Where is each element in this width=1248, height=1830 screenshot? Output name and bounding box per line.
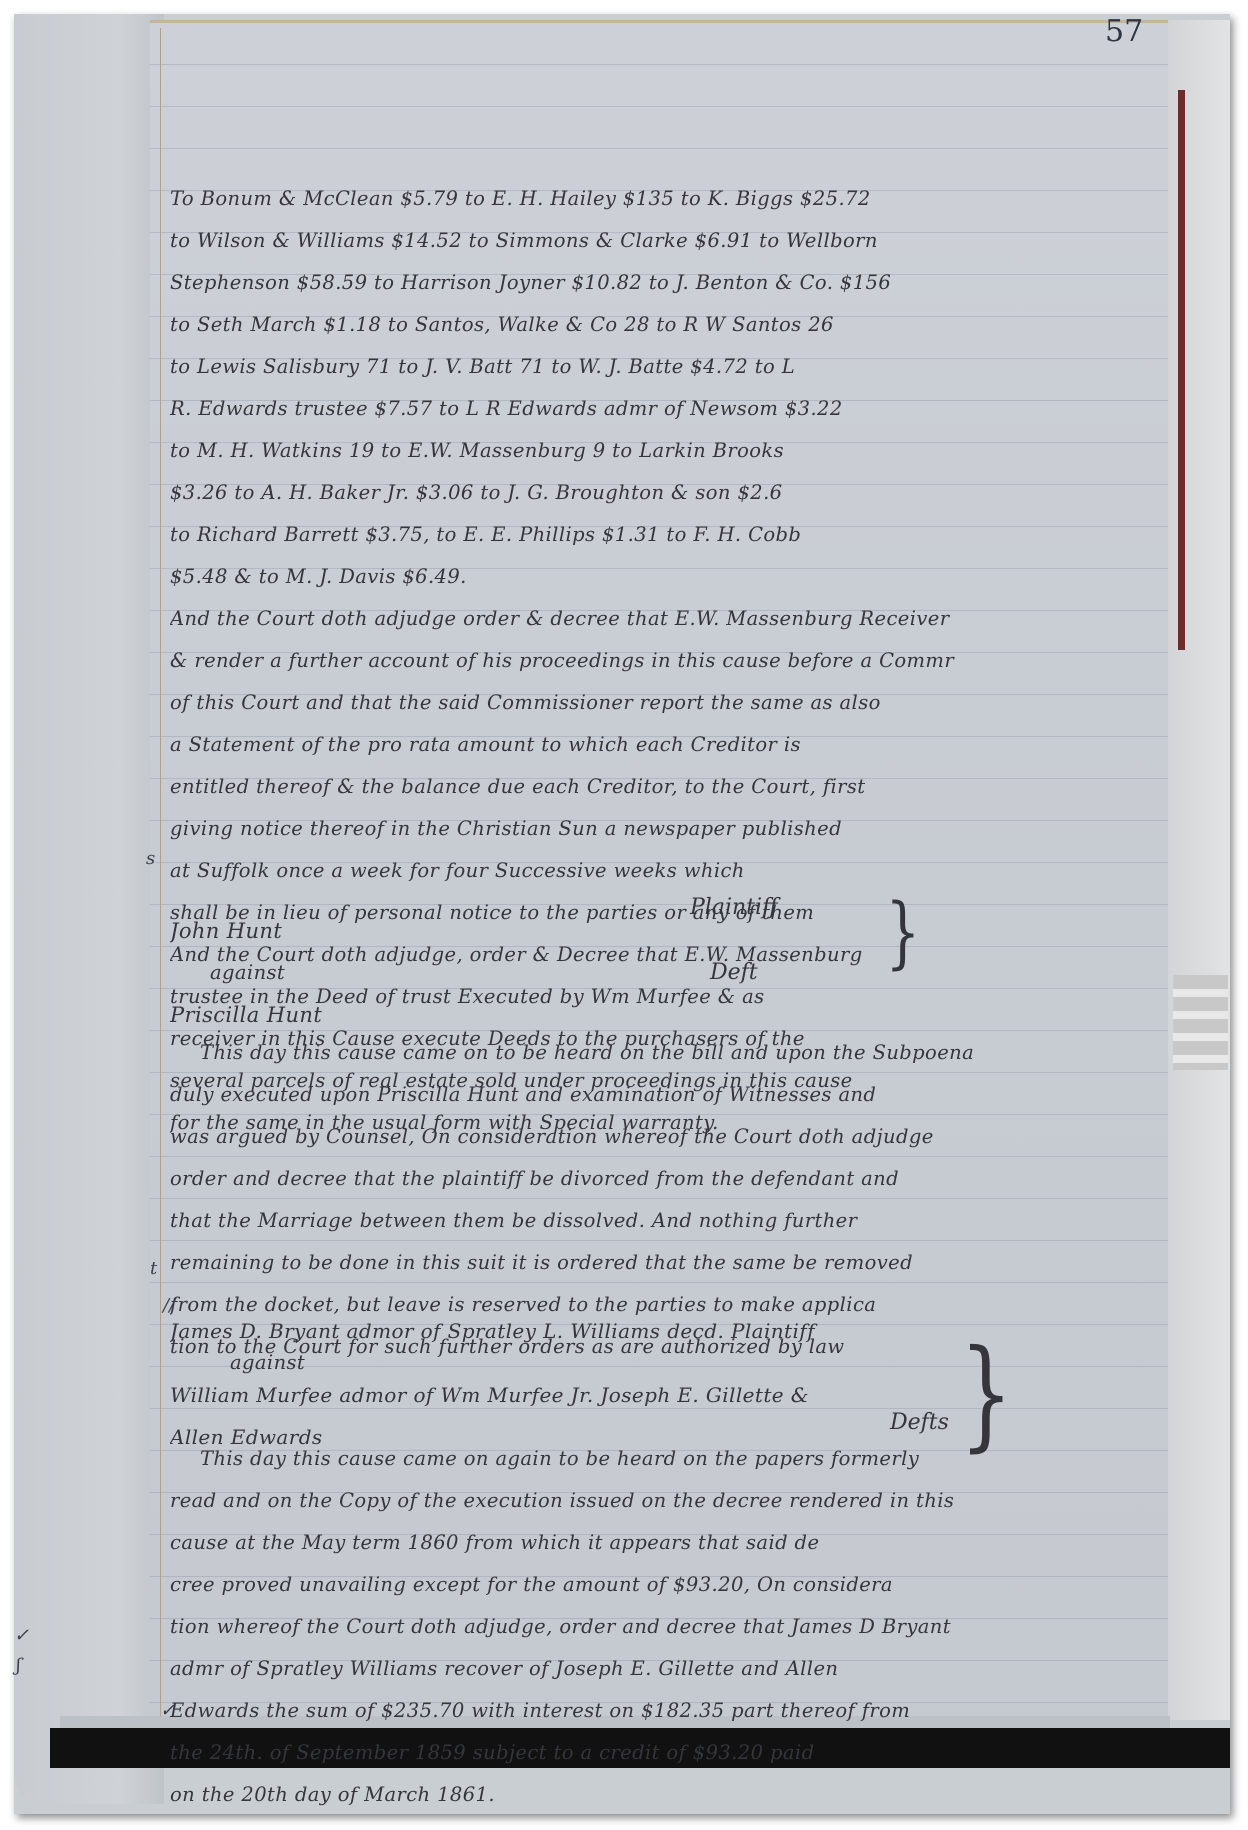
plaintiff-name: John Hunt [170,910,1170,952]
text-line: admr of Spratley Williams recover of Jos… [170,1648,1170,1690]
text-line: & render a further account of his procee… [170,640,1170,682]
text-line: This day this cause came on to be heard … [170,1032,1170,1074]
text-line: giving notice thereof in the Christian S… [170,808,1170,850]
against-label: against [170,952,1170,994]
text-line: the 24th. of September 1859 subject to a… [170,1732,1170,1774]
text-line: cree proved unavailing except for the am… [170,1564,1170,1606]
text-line: R. Edwards trustee $7.57 to L R Edwards … [170,388,1170,430]
text-line: $3.26 to A. H. Baker Jr. $3.06 to J. G. … [170,472,1170,514]
margin-mark: s [146,848,155,869]
brace-icon: } [885,888,920,978]
against-label: against [170,1352,1170,1374]
text-line: Stephenson $58.59 to Harrison Joyner $10… [170,262,1170,304]
text-line: to Wilson & Williams $14.52 to Simmons &… [170,220,1170,262]
page-stack-edges [1173,975,1228,1070]
page-number: 57 [1105,14,1143,49]
defendants-label: Defts [890,1410,949,1435]
text-line: read and on the Copy of the execution is… [170,1480,1170,1522]
text-line: on the 20th day of March 1861. [170,1774,1170,1816]
text-line: tion whereof the Court doth adjudge, ord… [170,1606,1170,1648]
text-line: of this Court and that the said Commissi… [170,682,1170,724]
text-line: remaining to be done in this suit it is … [170,1242,1170,1284]
text-line: entitled thereof & the balance due each … [170,766,1170,808]
case-hunt-caption: John Hunt against Priscilla Hunt [170,910,1170,1036]
plaintiff-label: Plaintiff [690,895,778,920]
text-line: a Statement of the pro rata amount to wh… [170,724,1170,766]
text-line: to M. H. Watkins 19 to E.W. Massenburg 9… [170,430,1170,472]
checkmark-icon: ✓ [14,1625,29,1646]
binding-spine [1178,90,1185,650]
text-line: Edwards the sum of $235.70 with interest… [170,1690,1170,1732]
text-line: $5.48 & to M. J. Davis $6.49. [170,556,1170,598]
text-line: was argued by Counsel, On consideration … [170,1116,1170,1158]
text-line: at Suffolk once a week for four Successi… [170,850,1170,892]
text-line: And the Court doth adjudge order & decre… [170,598,1170,640]
checkmark-icon: ✓ [160,1700,175,1721]
text-line: to Lewis Salisbury 71 to J. V. Batt 71 t… [170,346,1170,388]
case-bryant-decree: This day this cause came on again to be … [170,1438,1170,1816]
plaintiff-line: James D. Bryant admor of Spratley L. Wil… [170,1310,1170,1352]
text-line: to Richard Barrett $3.75, to E. E. Phill… [170,514,1170,556]
margin-rule [160,28,161,1728]
margin-mark: t [150,1258,157,1279]
text-line: To Bonum & McClean $5.79 to E. H. Hailey… [170,178,1170,220]
case-bryant-caption: James D. Bryant admor of Spratley L. Wil… [170,1310,1170,1458]
facing-page-left [14,14,164,1804]
text-line: order and decree that the plaintiff be d… [170,1158,1170,1200]
margin-mark: ʃ [16,1655,21,1676]
page-edge-right [1168,20,1230,1720]
text-line: duly executed upon Priscilla Hunt and ex… [170,1074,1170,1116]
defendant-name: Priscilla Hunt [170,994,1170,1036]
defendant-label: Deft [710,960,758,985]
text-line: that the Marriage between them be dissol… [170,1200,1170,1242]
text-line: This day this cause came on again to be … [170,1438,1170,1480]
defendant-line: William Murfee admor of Wm Murfee Jr. Jo… [170,1374,1170,1416]
text-line: to Seth March $1.18 to Santos, Walke & C… [170,304,1170,346]
text-line: cause at the May term 1860 from which it… [170,1522,1170,1564]
